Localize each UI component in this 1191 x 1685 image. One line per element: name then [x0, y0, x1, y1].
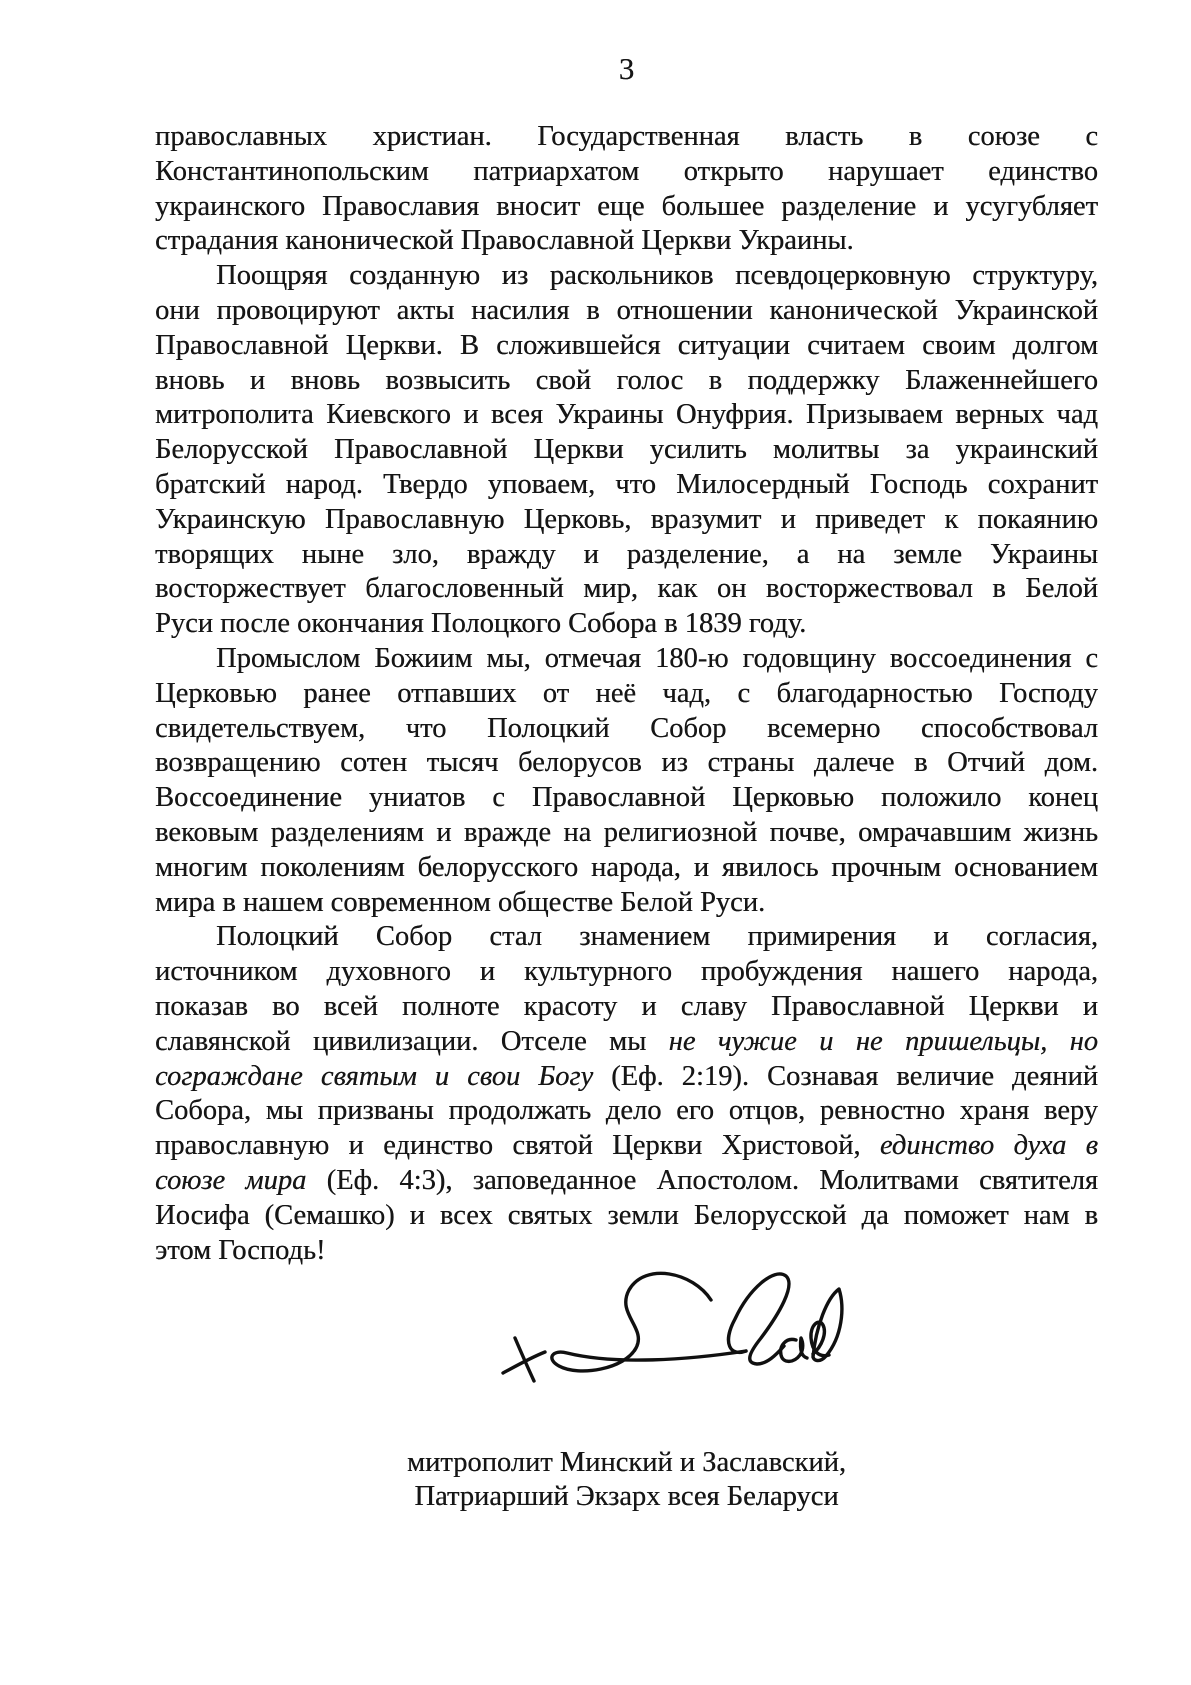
text-line: показав во всей полноте красоту и славу …	[155, 990, 1098, 1025]
text-line: славянской цивилизации. Отселе мы не чуж…	[155, 1025, 1098, 1060]
text-line: братский народ. Твердо уповаем, что Мило…	[155, 468, 1098, 503]
text-segment: мира в нашем современном обществе Белой …	[155, 887, 765, 918]
text-segment: Православной Церкви. В сложившейся ситуа…	[155, 330, 1098, 361]
text-line: Украинскую Православную Церковь, вразуми…	[155, 503, 1098, 538]
text-segment: Полоцкий Собор стал знамением примирения…	[216, 921, 1098, 952]
closing-block: митрополит Минский и Заславский, Патриар…	[155, 1446, 1098, 1514]
text-segment: вековым разделениям и вражде на религиоз…	[155, 817, 1098, 848]
text-segment: свидетельствуем, что Полоцкий Собор всем…	[155, 713, 1098, 744]
text-line: Иосифа (Семашко) и всех святых земли Бел…	[155, 1199, 1098, 1234]
text-segment-italic: не чужие и не пришельцы, но	[669, 1026, 1098, 1057]
text-line: вновь и вновь возвысить свой голос в под…	[155, 364, 1098, 399]
text-segment: Воссоединение униатов с Православной Цер…	[155, 782, 1098, 813]
text-segment: этом Господь!	[155, 1235, 325, 1266]
text-segment: митрополита Киевского и всея Украины Ону…	[155, 399, 1098, 430]
text-segment: источником духовного и культурного пробу…	[155, 956, 1098, 987]
text-segment: православных христиан. Государственная в…	[155, 121, 1098, 152]
text-segment: восторжествует благословенный мир, как о…	[155, 573, 1098, 604]
text-line: православную и единство святой Церкви Хр…	[155, 1129, 1098, 1164]
signature-handwriting	[495, 1256, 847, 1398]
text-segment: украинского Православия вносит еще больш…	[155, 191, 1098, 222]
text-line: возвращению сотен тысяч белорусов из стр…	[155, 746, 1098, 781]
text-line: союзе мира (Еф. 4:3), заповеданное Апост…	[155, 1164, 1098, 1199]
text-line: Поощряя созданную из раскольников псевдо…	[155, 259, 1098, 294]
text-segment: Украинскую Православную Церковь, вразуми…	[155, 504, 1098, 535]
text-segment: (Еф. 4:3), заповеданное Апостолом. Молит…	[306, 1165, 1098, 1196]
text-segment: возвращению сотен тысяч белорусов из стр…	[155, 747, 1098, 778]
text-line: православных христиан. Государственная в…	[155, 120, 1098, 155]
text-segment: показав во всей полноте красоту и славу …	[155, 991, 1098, 1022]
text-line: вековым разделениям и вражде на религиоз…	[155, 816, 1098, 851]
text-segment: братский народ. Твердо уповаем, что Мило…	[155, 469, 1098, 500]
paragraph: Поощряя созданную из раскольников псевдо…	[155, 259, 1098, 642]
signature-icon	[495, 1256, 847, 1398]
document-page: 3 православных христиан. Государственная…	[0, 0, 1191, 1685]
text-line: восторжествует благословенный мир, как о…	[155, 572, 1098, 607]
page-number: 3	[155, 52, 1098, 86]
text-line: Полоцкий Собор стал знамением примирения…	[155, 920, 1098, 955]
text-line: творящих ныне зло, вражду и разделение, …	[155, 538, 1098, 573]
text-segment: творящих ныне зло, вражду и разделение, …	[155, 539, 1098, 570]
text-segment: Руси после окончания Полоцкого Собора в …	[155, 608, 806, 639]
text-line: Руси после окончания Полоцкого Собора в …	[155, 607, 1098, 642]
text-segment: славянской цивилизации. Отселе мы	[155, 1026, 669, 1057]
text-segment: вновь и вновь возвысить свой голос в под…	[155, 365, 1098, 396]
text-line: многим поколениям белорусского народа, и…	[155, 851, 1098, 886]
text-line: источником духовного и культурного пробу…	[155, 955, 1098, 990]
text-line: сограждане святым и свои Богу (Еф. 2:19)…	[155, 1060, 1098, 1095]
text-line: Собора, мы призваны продолжать дело его …	[155, 1094, 1098, 1129]
text-line: Промыслом Божиим мы, отмечая 180-ю годов…	[155, 642, 1098, 677]
text-segment: Собора, мы призваны продолжать дело его …	[155, 1095, 1098, 1126]
text-segment: многим поколениям белорусского народа, и…	[155, 852, 1098, 883]
text-line: украинского Православия вносит еще больш…	[155, 190, 1098, 225]
text-line: страдания канонической Православной Церк…	[155, 224, 1098, 259]
text-line: они провоцируют акты насилия в отношении…	[155, 294, 1098, 329]
text-line: Воссоединение униатов с Православной Цер…	[155, 781, 1098, 816]
text-segment: Иосифа (Семашко) и всех святых земли Бел…	[155, 1200, 1098, 1231]
paragraph: православных христиан. Государственная в…	[155, 120, 1098, 259]
text-line: Белорусской Православной Церкви усилить …	[155, 433, 1098, 468]
text-segment: Поощряя созданную из раскольников псевдо…	[216, 260, 1098, 291]
text-segment: Константинопольским патриархатом открыто…	[155, 156, 1098, 187]
text-segment: страдания канонической Православной Церк…	[155, 225, 854, 256]
text-segment-italic: сограждане святым и свои Богу	[155, 1061, 593, 1092]
closing-line-title: митрополит Минский и Заславский,	[155, 1446, 1098, 1480]
text-segment: (Еф. 2:19). Сознавая величие деяний	[593, 1061, 1098, 1092]
text-segment: православную и единство святой Церкви Хр…	[155, 1130, 880, 1161]
text-segment: они провоцируют акты насилия в отношении…	[155, 295, 1098, 326]
text-line: мира в нашем современном обществе Белой …	[155, 886, 1098, 921]
closing-line-exarch: Патриарший Экзарх всея Беларуси	[155, 1480, 1098, 1514]
text-segment-italic: союзе мира	[155, 1165, 306, 1196]
paragraph: Полоцкий Собор стал знамением примирения…	[155, 920, 1098, 1268]
text-segment: Церковью ранее отпавших от неё чад, с бл…	[155, 678, 1098, 709]
paragraph: Промыслом Божиим мы, отмечая 180-ю годов…	[155, 642, 1098, 920]
text-segment-italic: единство духа в	[880, 1130, 1098, 1161]
text-line: свидетельствуем, что Полоцкий Собор всем…	[155, 712, 1098, 747]
text-line: Церковью ранее отпавших от неё чад, с бл…	[155, 677, 1098, 712]
text-line: Константинопольским патриархатом открыто…	[155, 155, 1098, 190]
body-text: православных христиан. Государственная в…	[155, 120, 1098, 1268]
text-line: митрополита Киевского и всея Украины Ону…	[155, 398, 1098, 433]
text-segment: Промыслом Божиим мы, отмечая 180-ю годов…	[216, 643, 1098, 674]
text-line: Православной Церкви. В сложившейся ситуа…	[155, 329, 1098, 364]
text-segment: Белорусской Православной Церкви усилить …	[155, 434, 1098, 465]
